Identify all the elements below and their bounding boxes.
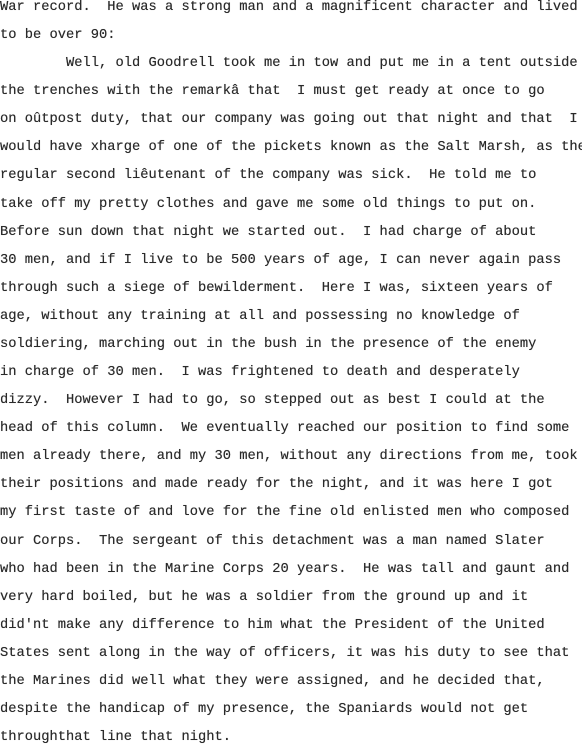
text-line: 30 men, and if I live to be 500 years of…: [0, 253, 561, 269]
text-line: the trenches with the remarkâ that I mus…: [0, 84, 545, 100]
text-line: Before sun down that night we started ou…: [0, 225, 536, 241]
text-line: our Corps. The sergeant of this detachme…: [0, 534, 545, 550]
text-line: through such a siege of bewilderment. He…: [0, 281, 553, 297]
text-line: the Marines did well what they were assi…: [0, 674, 545, 690]
text-line: to be over 90:: [0, 28, 116, 44]
text-line: my first taste of and love for the fine …: [0, 505, 569, 521]
text-line: did'nt make any difference to him what t…: [0, 618, 545, 634]
text-line: head of this column. We eventually reach…: [0, 421, 569, 437]
text-line: very hard boiled, but he was a soldier f…: [0, 590, 528, 606]
text-line: on oûtpost duty, that our company was go…: [0, 112, 578, 128]
text-line: would have xharge of one of the pickets …: [0, 140, 582, 156]
text-line: take off my pretty clothes and gave me s…: [0, 197, 536, 213]
text-line: men already there, and my 30 men, withou…: [0, 449, 578, 465]
text-line: States sent along in the way of officers…: [0, 646, 569, 662]
typewritten-page: War record. He was a strong man and a ma…: [0, 0, 582, 747]
text-line: in charge of 30 men. I was frightened to…: [0, 365, 520, 381]
text-line: Well, old Goodrell took me in tow and pu…: [0, 56, 578, 72]
text-line: who had been in the Marine Corps 20 year…: [0, 562, 569, 578]
text-line: despite the handicap of my presence, the…: [0, 702, 528, 718]
text-line: soldiering, marching out in the bush in …: [0, 337, 536, 353]
text-line: regular second liêutenant of the company…: [0, 168, 536, 184]
text-line: War record. He was a strong man and a ma…: [0, 0, 578, 16]
text-line: age, without any training at all and pos…: [0, 309, 520, 325]
text-line: throughthat line that night.: [0, 730, 231, 746]
text-line: their positions and made ready for the n…: [0, 477, 553, 493]
text-line: dizzy. However I had to go, so stepped o…: [0, 393, 545, 409]
